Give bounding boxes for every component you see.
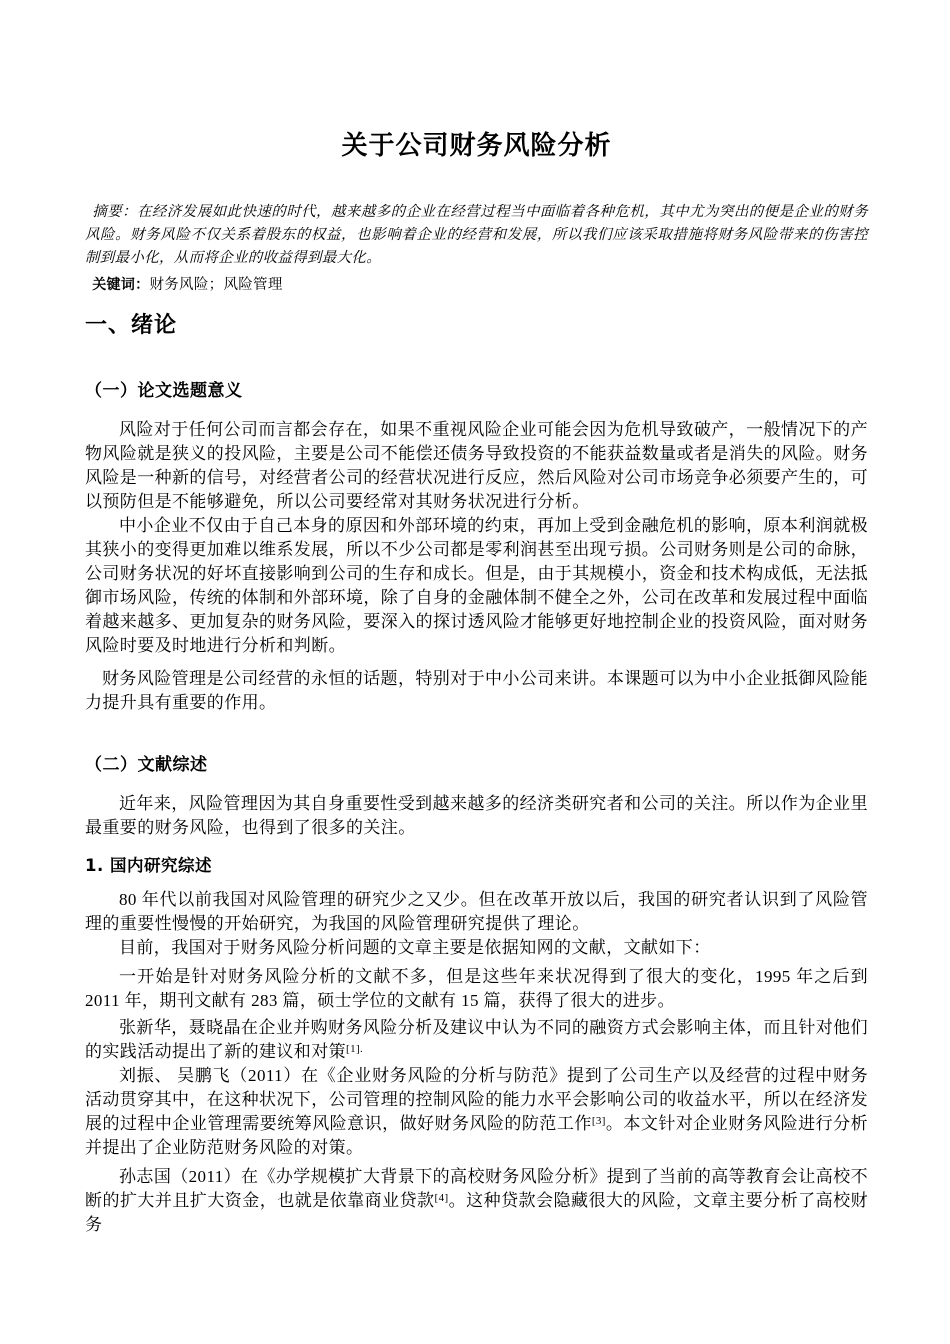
abstract-text: 在经济发展如此快速的时代，越来越多的企业在经营过程当中面临着各种危机，其中尤为突… bbox=[85, 204, 868, 266]
body-paragraph: 风险对于任何公司而言都会存在，如果不重视风险企业可能会因为危机导致破产，一般情况… bbox=[85, 418, 868, 514]
document-page: 关于公司财务风险分析 摘要：在经济发展如此快速的时代，越来越多的企业在经营过程当… bbox=[0, 0, 950, 1344]
keywords-text: 财务风险；风险管理 bbox=[149, 277, 282, 293]
body-paragraph: 财务风险管理是公司经营的永恒的话题，特别对于中小公司来讲。本课题可以为中小企业抵… bbox=[85, 667, 868, 715]
keywords-line: 关键词：财务风险；风险管理 bbox=[85, 274, 868, 297]
citation-superscript: [4] bbox=[435, 1192, 449, 1204]
body-paragraph: 目前，我国对于财务风险分析问题的文章主要是依据知网的文献，文献如下： bbox=[85, 936, 868, 960]
section-heading-h3: 1. 国内研究综述 bbox=[85, 854, 868, 878]
body-paragraph: 张新华，聂晓晶在企业并购财务风险分析及建议中认为不同的融资方式会影响主体，而且针… bbox=[85, 1016, 868, 1064]
paragraph-text: 近年来，风险管理因为其自身重要性受到越来越多的经济类研究者和公司的关注。所以作为… bbox=[85, 794, 868, 837]
section-heading-h1: 一、绪论 bbox=[85, 311, 868, 341]
document-body: 一、绪论（一）论文选题意义风险对于任何公司而言都会存在，如果不重视风险企业可能会… bbox=[85, 311, 868, 1237]
section-heading-h2: （一）论文选题意义 bbox=[85, 379, 868, 403]
body-paragraph: 近年来，风险管理因为其自身重要性受到越来越多的经济类研究者和公司的关注。所以作为… bbox=[85, 792, 868, 840]
paragraph-text: 一开始是针对财务风险分析的文献不多，但是这些年来状况得到了很大的变化，1995 … bbox=[85, 967, 868, 1010]
body-paragraph: 中小企业不仅由于自己本身的原因和外部环境的约束，再加上受到金融危机的影响，原本利… bbox=[85, 514, 868, 658]
document-content: 关于公司财务风险分析 摘要：在经济发展如此快速的时代，越来越多的企业在经营过程当… bbox=[85, 0, 868, 1237]
paragraph-text: 目前，我国对于财务风险分析问题的文章主要是依据知网的文献，文献如下： bbox=[119, 938, 711, 957]
paragraph-text: 中小企业不仅由于自己本身的原因和外部环境的约束，再加上受到金融危机的影响，原本利… bbox=[85, 516, 868, 655]
page-title: 关于公司财务风险分析 bbox=[85, 128, 868, 164]
paragraph-text: 张新华，聂晓晶在企业并购财务风险分析及建议中认为不同的融资方式会影响主体，而且针… bbox=[85, 1018, 868, 1061]
keywords-label: 关键词： bbox=[92, 277, 149, 293]
body-paragraph: 80 年代以前我国对风险管理的研究少之又少。但在改革开放以后，我国的研究者认识到… bbox=[85, 888, 868, 936]
citation-superscript: [1]. bbox=[346, 1043, 363, 1055]
paragraph-text: 80 年代以前我国对风险管理的研究少之又少。但在改革开放以后，我国的研究者认识到… bbox=[85, 890, 868, 933]
abstract-paragraph: 摘要：在经济发展如此快速的时代，越来越多的企业在经营过程当中面临着各种危机，其中… bbox=[85, 201, 868, 270]
body-paragraph: 刘振、 吴鹏飞（2011）在《企业财务风险的分析与防范》提到了公司生产以及经营的… bbox=[85, 1064, 868, 1160]
body-paragraph: 孙志国（2011）在《办学规模扩大背景下的高校财务风险分析》提到了当前的高等教育… bbox=[85, 1165, 868, 1237]
paragraph-text: 财务风险管理是公司经营的永恒的话题，特别对于中小公司来讲。本课题可以为中小企业抵… bbox=[85, 669, 868, 712]
section-heading-h2: （二）文献综述 bbox=[85, 753, 868, 777]
body-paragraph: 一开始是针对财务风险分析的文献不多，但是这些年来状况得到了很大的变化，1995 … bbox=[85, 965, 868, 1013]
abstract-label: 摘要： bbox=[92, 204, 137, 220]
citation-superscript: [3] bbox=[592, 1115, 606, 1127]
paragraph-text: 风险对于任何公司而言都会存在，如果不重视风险企业可能会因为危机导致破产，一般情况… bbox=[85, 420, 868, 511]
